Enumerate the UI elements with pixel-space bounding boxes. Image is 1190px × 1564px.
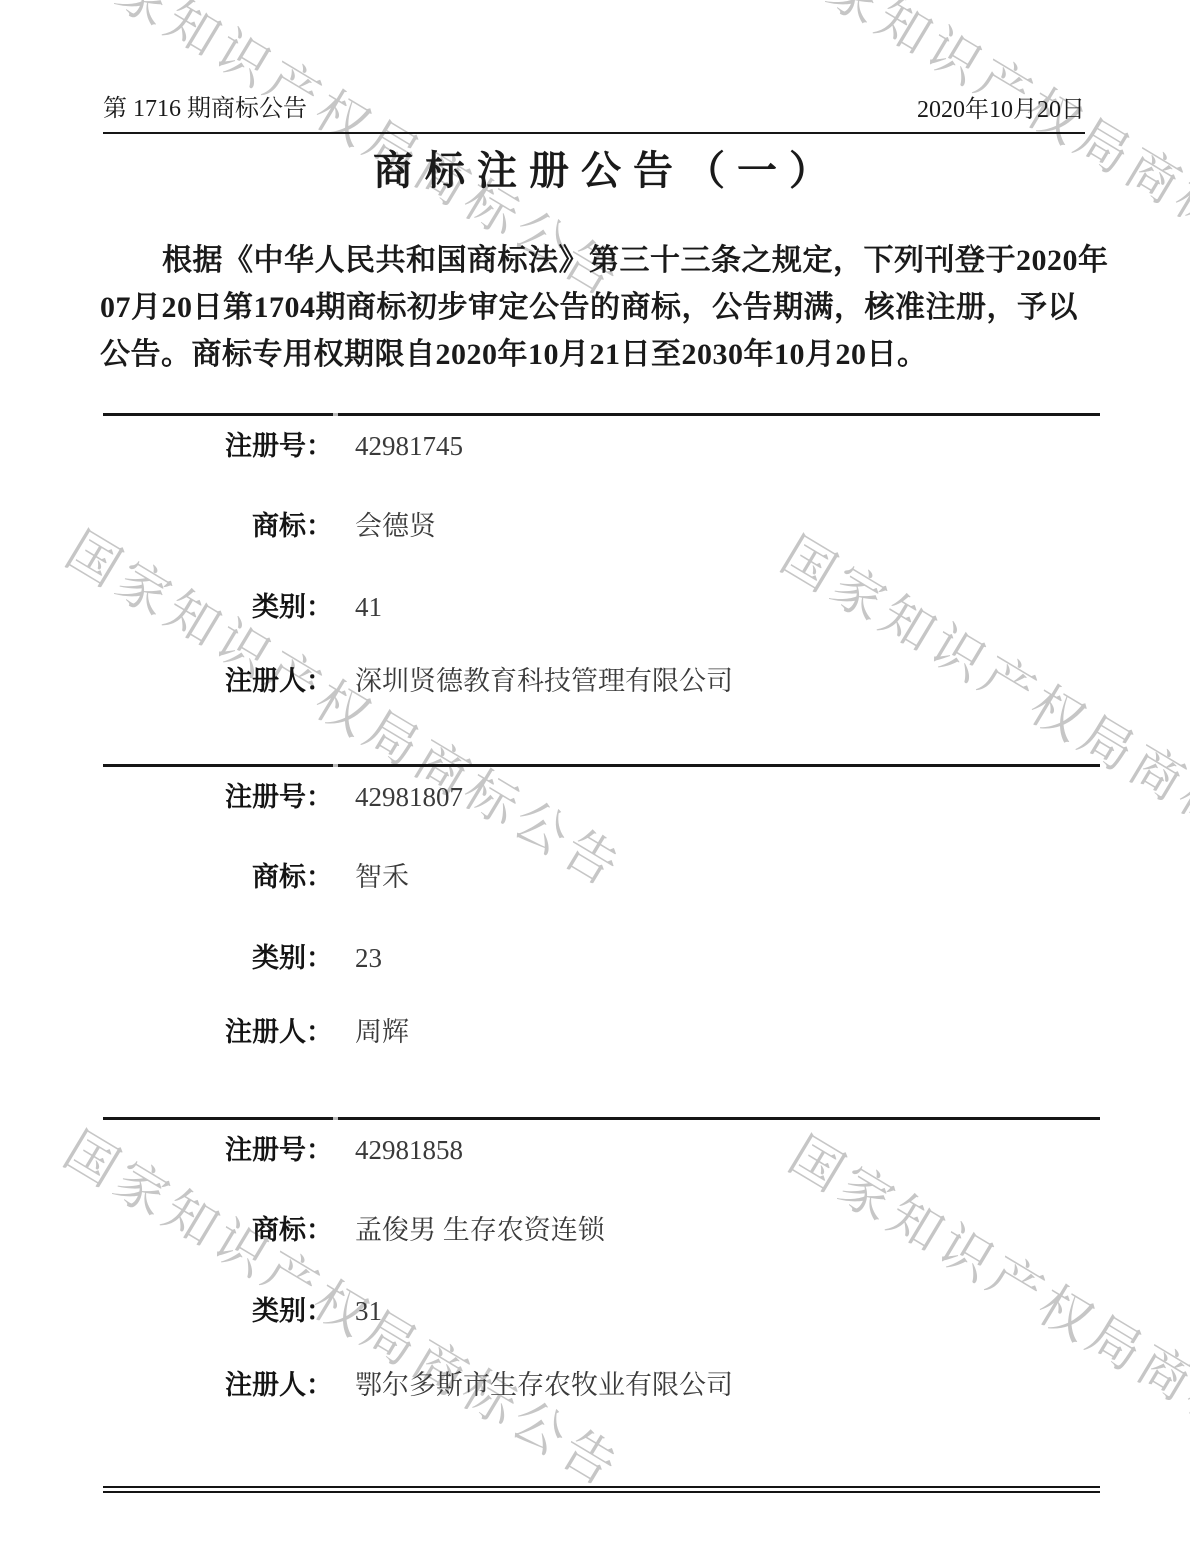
registration-number-value: 42981858	[355, 1133, 463, 1167]
class-label: 类别：	[100, 590, 333, 624]
class-label: 类别：	[100, 1294, 333, 1328]
class-value: 31	[355, 1294, 382, 1328]
registration-number-label: 注册号：	[100, 780, 333, 814]
class-value: 41	[355, 590, 382, 624]
gazette-page: 国家知识产权局商标公告 国家知识产权局商标公告 国家知识产权局商标公告 国家知识…	[0, 0, 1190, 1564]
gazette-date: 2020年10月20日	[917, 97, 1085, 123]
trademark-value: 智禾	[355, 860, 409, 894]
separator-notch	[333, 764, 338, 767]
registrant-label: 注册人：	[100, 664, 333, 698]
watermark-text: 国家知识产权局商标公告	[54, 509, 640, 902]
gazette-issue-label: 第 1716 期商标公告	[103, 96, 307, 122]
intro-line: 公告。商标专用权期限自2020年10月21日至2030年10月20日。	[100, 331, 1092, 378]
registration-number-label: 注册号：	[100, 429, 333, 463]
trademark-value: 孟俊男 生存农资连锁	[355, 1213, 605, 1247]
page-title: 商标注册公告（一）	[100, 146, 1102, 196]
trademark-value: 会德贤	[355, 509, 436, 543]
header-rule	[103, 132, 1085, 134]
trademark-label: 商标：	[100, 1213, 333, 1247]
class-value: 23	[355, 941, 382, 975]
entry-separator-line	[103, 413, 1100, 416]
registration-number-label: 注册号：	[100, 1133, 333, 1167]
separator-notch	[333, 413, 338, 416]
intro-line: 根据《中华人民共和国商标法》第三十三条之规定，下列刊登于2020年	[100, 237, 1092, 284]
registrant-label: 注册人：	[100, 1368, 333, 1402]
watermark-text: 国家知识产权局商标公告	[777, 1114, 1190, 1507]
registrant-value: 鄂尔多斯市生存农牧业有限公司	[355, 1368, 733, 1402]
registration-number-value: 42981807	[355, 780, 463, 814]
trademark-label: 商标：	[100, 860, 333, 894]
entry-separator-line	[103, 1117, 1100, 1120]
bottom-double-rule	[103, 1486, 1100, 1493]
registrant-label: 注册人：	[100, 1015, 333, 1049]
separator-notch	[333, 1117, 338, 1120]
class-label: 类别：	[100, 941, 333, 975]
registrant-value: 深圳贤德教育科技管理有限公司	[355, 664, 733, 698]
trademark-label: 商标：	[100, 509, 333, 543]
watermark-text: 国家知识产权局商标公告	[769, 514, 1190, 907]
registrant-value: 周辉	[355, 1015, 409, 1049]
entry-separator-line	[103, 764, 1100, 767]
intro-line: 07月20日第1704期商标初步审定公告的商标，公告期满，核准注册，予以	[100, 284, 1092, 331]
registration-number-value: 42981745	[355, 429, 463, 463]
intro-paragraph: 根据《中华人民共和国商标法》第三十三条之规定，下列刊登于2020年 07月20日…	[100, 237, 1092, 378]
